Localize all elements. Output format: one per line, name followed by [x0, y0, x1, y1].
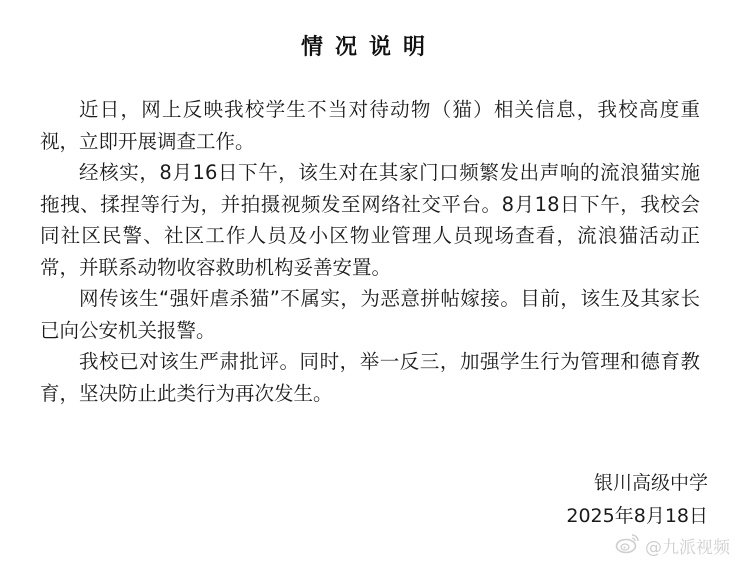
signature-organization: 银川高级中学 — [594, 468, 708, 495]
paragraph-3: 网传该生“强奸虐杀猫”不属实，为恶意拼帖嫁接。目前，该生及其家长已向公安机关报警… — [40, 283, 700, 346]
watermark-text: @九派视频 — [645, 533, 730, 558]
document-body: 近日，网上反映我校学生不当对待动物（猫）相关信息，我校高度重视，立即开展调查工作… — [40, 94, 700, 409]
paragraph-2: 经核实，8月16日下午，该生对在其家门口频繁发出声响的流浪猫实施拖拽、揉捏等行为… — [40, 157, 700, 283]
weibo-icon — [615, 532, 641, 559]
page-title: 情况说明 — [0, 30, 738, 61]
paragraph-4: 我校已对该生严肃批评。同时，举一反三，加强学生行为管理和德育教育，坚决防止此类行… — [40, 346, 700, 409]
watermark: @九派视频 — [615, 532, 730, 559]
paragraph-1: 近日，网上反映我校学生不当对待动物（猫）相关信息，我校高度重视，立即开展调查工作… — [40, 94, 700, 157]
signature-date: 2025年8月18日 — [566, 501, 708, 528]
